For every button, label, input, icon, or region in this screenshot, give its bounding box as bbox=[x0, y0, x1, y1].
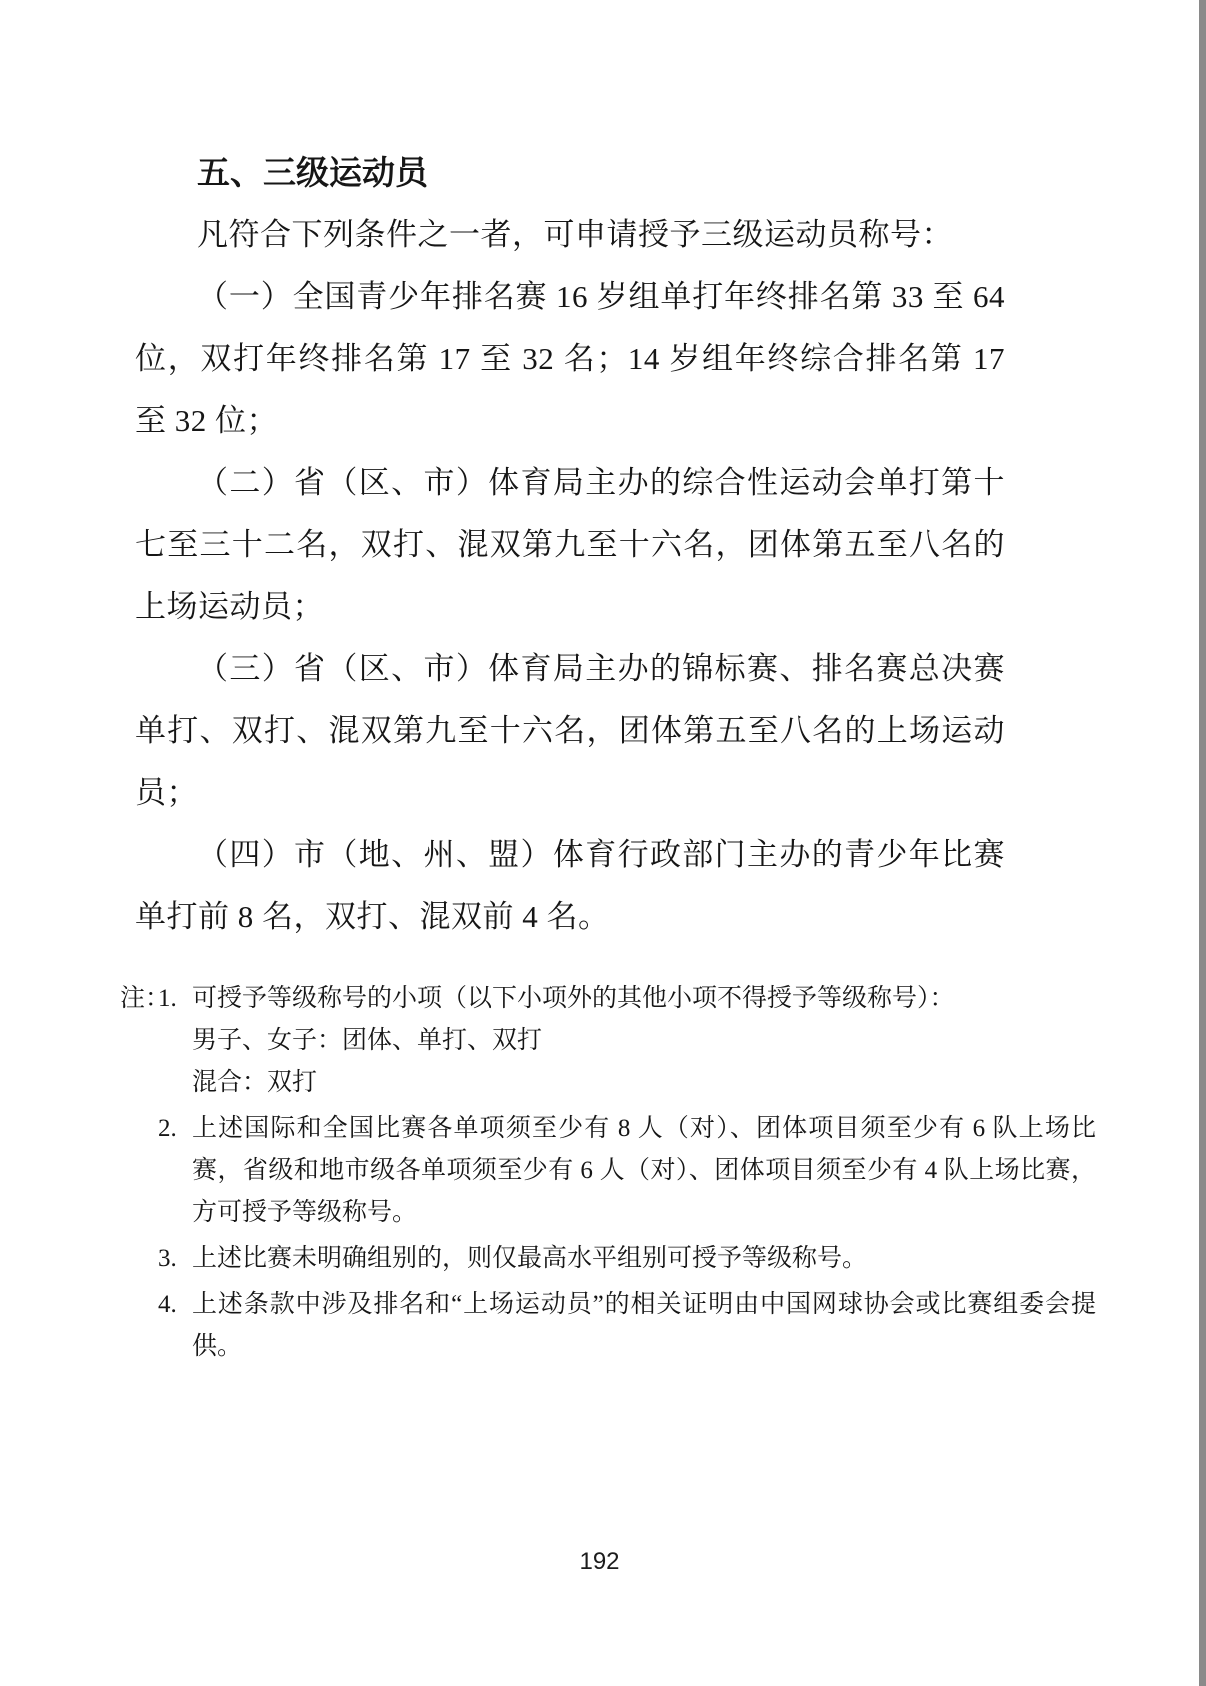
document-page: 五、三级运动员 凡符合下列条件之一者，可申请授予三级运动员称号： （一）全国青少… bbox=[0, 0, 1206, 1686]
note-item-1: 注： 1. 可授予等级称号的小项（以下小项外的其他小项不得授予等级称号）： 男子… bbox=[120, 978, 1096, 1104]
note-text-1-main: 可授予等级称号的小项（以下小项外的其他小项不得授予等级称号）： bbox=[192, 978, 1096, 1020]
notes-section: 注： 1. 可授予等级称号的小项（以下小项外的其他小项不得授予等级称号）： 男子… bbox=[120, 978, 1096, 1368]
condition-paragraph-1: （一）全国青少年排名赛 16 岁组单打年终排名第 33 至 64 位，双打年终排… bbox=[135, 266, 1005, 452]
intro-paragraph: 凡符合下列条件之一者，可申请授予三级运动员称号： bbox=[135, 204, 1005, 266]
note-text-1: 可授予等级称号的小项（以下小项外的其他小项不得授予等级称号）： 男子、女子：团体… bbox=[192, 978, 1096, 1104]
note-text-2: 上述国际和全国比赛各单项须至少有 8 人（对）、团体项目须至少有 6 队上场比赛… bbox=[192, 1108, 1096, 1234]
note-subline-mixed: 混合：双打 bbox=[192, 1062, 1096, 1104]
notes-label: 注： bbox=[120, 978, 158, 1020]
condition-paragraph-2: （二）省（区、市）体育局主办的综合性运动会单打第十七至三十二名，双打、混双第九至… bbox=[135, 452, 1005, 638]
note-number-4: 4. bbox=[158, 1284, 192, 1326]
note-number-2: 2. bbox=[158, 1108, 192, 1150]
note-text-4: 上述条款中涉及排名和“上场运动员”的相关证明由中国网球协会或比赛组委会提供。 bbox=[192, 1284, 1096, 1368]
section-heading: 五、三级运动员 bbox=[197, 142, 1005, 204]
note-number-1: 1. bbox=[158, 978, 192, 1020]
note-text-3: 上述比赛未明确组别的，则仅最高水平组别可授予等级称号。 bbox=[192, 1238, 1096, 1280]
body-paragraphs: 凡符合下列条件之一者，可申请授予三级运动员称号： （一）全国青少年排名赛 16 … bbox=[135, 204, 1005, 948]
condition-paragraph-4: （四）市（地、州、盟）体育行政部门主办的青少年比赛单打前 8 名，双打、混双前 … bbox=[135, 824, 1005, 948]
note-item-3: 3. 上述比赛未明确组别的，则仅最高水平组别可授予等级称号。 bbox=[120, 1238, 1096, 1280]
condition-paragraph-3: （三）省（区、市）体育局主办的锦标赛、排名赛总决赛单打、双打、混双第九至十六名，… bbox=[135, 638, 1005, 824]
note-item-2: 2. 上述国际和全国比赛各单项须至少有 8 人（对）、团体项目须至少有 6 队上… bbox=[120, 1108, 1096, 1234]
note-subline-men-women: 男子、女子：团体、单打、双打 bbox=[192, 1020, 1096, 1062]
page-edge-shadow bbox=[1199, 0, 1206, 1686]
note-item-4: 4. 上述条款中涉及排名和“上场运动员”的相关证明由中国网球协会或比赛组委会提供… bbox=[120, 1284, 1096, 1368]
note-number-3: 3. bbox=[158, 1238, 192, 1280]
page-number: 192 bbox=[0, 1548, 1199, 1576]
document-content: 五、三级运动员 凡符合下列条件之一者，可申请授予三级运动员称号： （一）全国青少… bbox=[135, 142, 1005, 948]
